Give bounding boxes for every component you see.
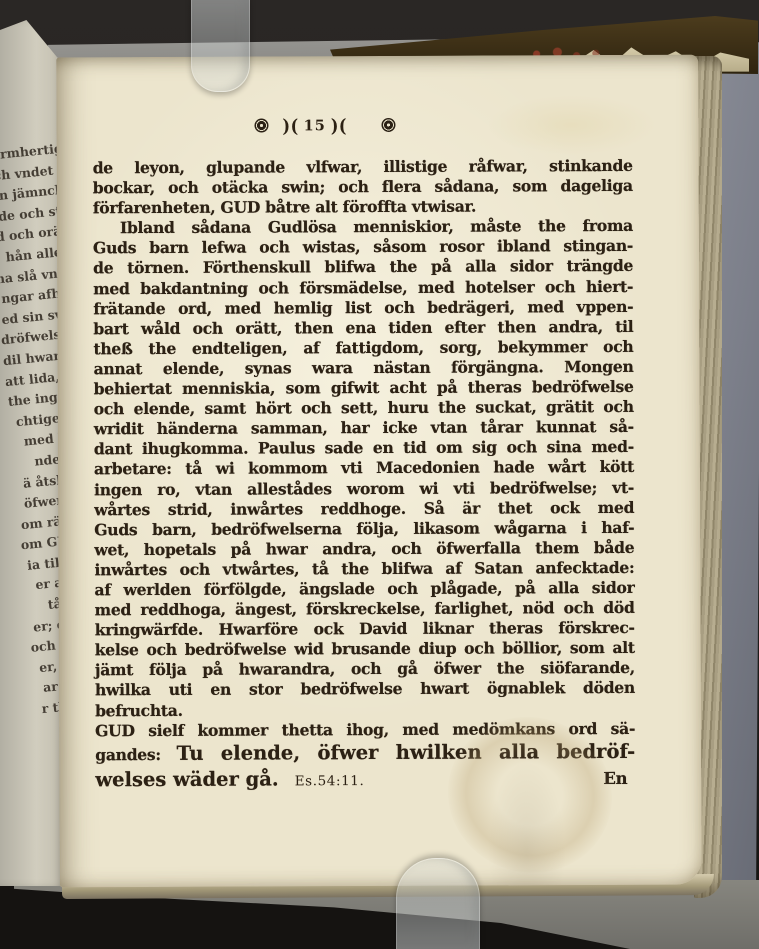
scripture-citation: Es.54:11. (295, 768, 365, 794)
text-line: dant ihugkomma. Paulus sade en tid om si… (94, 437, 634, 459)
text-line: kringwärfde. Hwarföre ock David liknar t… (95, 618, 635, 640)
header-divider: )( (282, 114, 298, 136)
text-line: annat elende, synas wara nästan förgängn… (94, 357, 634, 379)
rosette-ornament-icon (254, 118, 268, 132)
smudge-stain (487, 760, 566, 887)
glass-weight-strap-top (191, 0, 250, 92)
rosette-ornament-icon (382, 118, 396, 132)
glass-weight-strap-bottom (396, 858, 480, 949)
text-line: jämt följa på hwarandra, och gå öfwer th… (95, 658, 635, 680)
text-line: inwårtes och vtwårtes, tå the blifwa af … (94, 558, 634, 580)
text-line: behiertat menniskia, som gifwit acht på … (94, 377, 634, 399)
text-line: Guds barn lefwa och wistas, såsom rosor … (93, 236, 633, 258)
paper-discoloration (486, 95, 656, 156)
text-line: wet, hopetals på hwar andra, och öfwerfa… (94, 538, 634, 560)
text-line: Ibland sådana Gudlösa menniskior, måste … (93, 216, 633, 238)
body-text: de leyon, glupande vlfwar, illistige råf… (93, 156, 636, 795)
text-line: wårtes strid, inwårtes reddhoge. Så är t… (94, 497, 634, 519)
text-line: de törnen. Förthenskull blifwa the på al… (93, 256, 633, 278)
quote-prefix: gandes: (95, 745, 176, 764)
text-line: förfarenheten, GUD båtre alt föroffta vt… (93, 196, 633, 218)
quote-text: welses wäder gå. (95, 766, 278, 793)
text-line: arbetare: tå wi kommom vti Macedonien ha… (94, 457, 634, 479)
text-line: ingen ro, vtan allestådes worom wi vti b… (94, 477, 634, 499)
text-line: bart wåld och orätt, then ena tiden efte… (93, 317, 633, 339)
text-line: theß the endteligen, af fattigdom, sorg,… (93, 337, 633, 359)
text-line: de leyon, glupande vlfwar, illistige råf… (93, 156, 633, 178)
text-line: och elende, samt hört och sett, huru the… (94, 397, 634, 419)
text-line: med bakdantning och försmädelse, med hot… (93, 276, 633, 298)
header-divider: )( (331, 114, 347, 136)
book-page: )( 15 )( de leyon, glupande vlfwar, illi… (56, 55, 702, 888)
text-line: frätande ord, med hemlig list och bedräg… (93, 297, 633, 319)
text-line: wridit händerna samman, har icke vtan tå… (94, 417, 634, 439)
text-line: bockar, och otäcka swin; och flera sådan… (93, 176, 633, 198)
text-line: med reddhoga, ängest, förskreckelse, far… (95, 598, 635, 620)
page-number: 15 (304, 117, 326, 134)
text-line: Guds barn, bedröfwelserna följa, likasom… (94, 518, 634, 540)
text-line: hwilka uti en stor bedröfwelse hwart ögn… (95, 678, 635, 721)
body-lines: de leyon, glupande vlfwar, illistige råf… (93, 156, 636, 741)
book-scan-scene: barmhertigheoch vndet omsin jämnchri-nde… (0, 0, 759, 949)
text-line: kelse och bedröfwelse wid brusande diup … (95, 638, 635, 660)
page-header: )( 15 )( (254, 114, 396, 137)
text-line: af werlden förfölgde, ängslade och plåga… (94, 578, 634, 600)
